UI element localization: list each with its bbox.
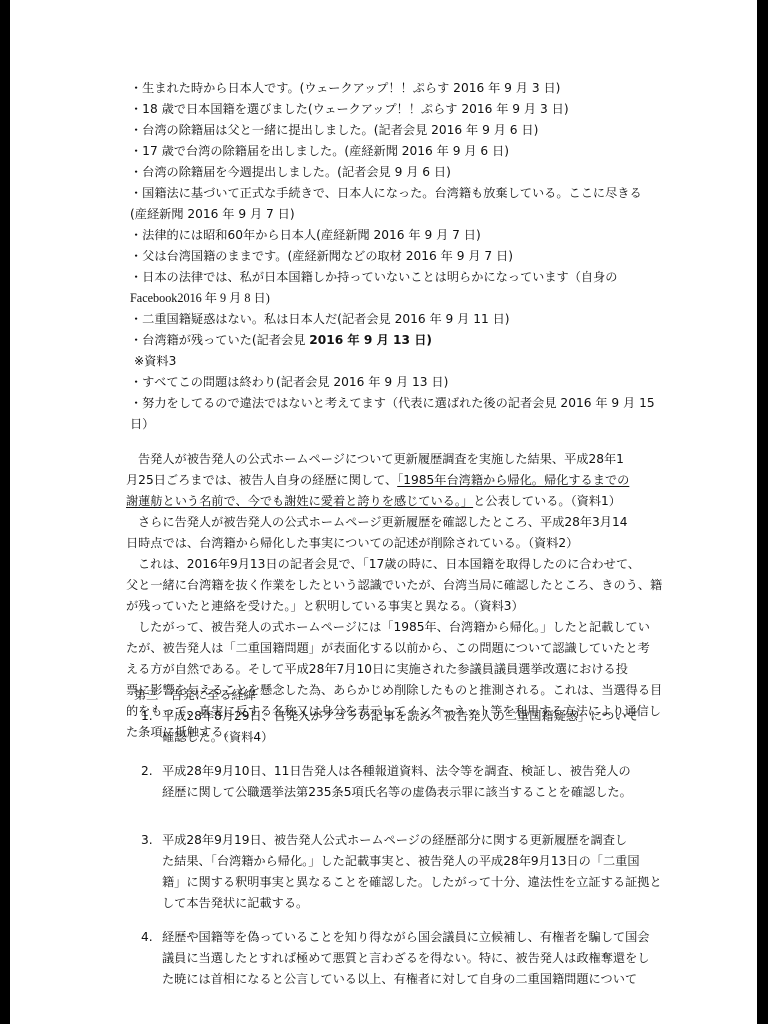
paragraph-text: と公表している。（資料1） xyxy=(473,494,621,508)
statement-line: ・法律的には昭和60年から日本人(産経新聞 2016 年 9 月 7 日) xyxy=(130,226,481,244)
statement-line: ・生まれた時から日本人です。(ウェークアップ！！ぷらす 2016 年 9 月 3… xyxy=(130,79,560,97)
statement-line: ・父は台湾国籍のままです。(産経新聞などの取材 2016 年 9 月 7 日) xyxy=(130,247,513,265)
paragraph-line: える方が自然である。そして平成28年7月10日に実施された参議員議員選挙改選にお… xyxy=(126,660,628,678)
paragraph-line: 日時点では、台湾籍から帰化した事実についての記述が削除されている。（資料2） xyxy=(126,534,578,552)
item-number: 2. xyxy=(141,762,153,780)
paragraph-line: 告発人が被告発人の公式ホームページについて更新履歴調査を実施した結果、平成28年… xyxy=(138,450,624,468)
document-page: ・生まれた時から日本人です。(ウェークアップ！！ぷらす 2016 年 9 月 3… xyxy=(10,0,757,1024)
statement-line: ・努力をしてるので違法ではないと考えてます（代表に選ばれた後の記者会見 2016… xyxy=(130,394,655,412)
item-line: 経歴や国籍等を偽っていることを知り得ながら国会議員に立候補し、有権者を騙して国会 xyxy=(162,928,650,946)
section-heading: 第三 告発に至る経緯 xyxy=(134,686,256,704)
statement-line: (産経新聞 2016 年 9 月 7 日) xyxy=(130,205,295,223)
paragraph-line: したがって、被告発人の式ホームページには「1985年、台湾籍から帰化。」したと記… xyxy=(138,618,650,636)
statement-line: ・台湾籍が残っていた(記者会見 2016 年 9 月 13 日) xyxy=(130,331,432,349)
document-body: ・生まれた時から日本人です。(ウェークアップ！！ぷらす 2016 年 9 月 3… xyxy=(10,0,757,1024)
paragraph-text: 月25日ごろまでは、被告人自身の経歴に関して、 xyxy=(126,473,397,487)
item-number: 1. xyxy=(141,707,153,725)
item-line: 経歴に関して公職選挙法第235条5項氏名等の虚偽表示罪に該当することを確認した。 xyxy=(162,783,632,801)
item-line: 確認した。（資料4） xyxy=(162,728,273,746)
quoted-profile-text: 謝蓮舫という名前で、今でも謝姓に愛着と誇りを感じている。」 xyxy=(126,494,473,508)
statement-line: ・二重国籍疑惑はない。私は日本人だ(記者会見 2016 年 9 月 11 日) xyxy=(130,310,510,328)
paragraph-line: さらに告発人が被告発人の公式ホームページ更新履歴を確認したところ、平成28年3月… xyxy=(138,513,627,531)
paragraph-line: これは、2016年9月13日の記者会見で、「17歳の時に、日本国籍を取得したのに… xyxy=(138,555,640,573)
reference-note: ※資料3 xyxy=(134,352,176,370)
item-line: 平成28年8月29日、告発人がアゴラの記事を読み「被告発人の二重国籍疑惑」につい… xyxy=(162,707,639,725)
paragraph-line: 月25日ごろまでは、被告人自身の経歴に関して、「1985年台湾籍から帰化。帰化す… xyxy=(126,471,629,489)
paragraph-line: 父と一緒に台湾籍を抜く作業をしたという認識でいたが、台湾当局に確認したところ、き… xyxy=(126,576,662,594)
item-line: 平成28年9月10日、11日告発人は各種報道資料、法令等を調査、検証し、被告発人… xyxy=(162,762,631,780)
statement-line: Facebook2016 年 9 月 8 日) xyxy=(130,289,270,307)
statement-line: ・すべてこの問題は終わり(記者会見 2016 年 9 月 13 日) xyxy=(130,373,448,391)
statement-line: ・18 歳で日本国籍を選びました(ウェークアップ！！ぷらす 2016 年 9 月… xyxy=(130,100,569,118)
quoted-profile-text: 「1985年台湾籍から帰化。帰化するまでの xyxy=(397,473,629,487)
statement-line: ・台湾の除籍届を今週提出しました。(記者会見 9 月 6 日) xyxy=(130,163,451,181)
statement-line: 日） xyxy=(130,415,154,433)
item-line: して本告発状に記載する。 xyxy=(162,894,308,912)
paragraph-line: たが、被告発人は「二重国籍問題」が表面化する以前から、この問題について認識してい… xyxy=(126,639,650,657)
statement-line: ・17 歳で台湾の除籍届を出しました。(産経新聞 2016 年 9 月 6 日) xyxy=(130,142,509,160)
item-line: た暁には首相になると公言している以上、有権者に対して自身の二重国籍問題について xyxy=(162,970,637,988)
statement-date-bold: 2016 年 9 月 13 日) xyxy=(309,333,432,347)
item-line: 議員に当選したとすれば極めて悪質と言わざるを得ない。特に、被告発人は政権奪還をし xyxy=(162,949,650,967)
item-line: た結果、「台湾籍から帰化。」した記載事実と、被告発人の平成28年9月13日の「二… xyxy=(162,852,640,870)
statement-line: ・台湾の除籍届は父と一緒に提出しました。(記者会見 2016 年 9 月 6 日… xyxy=(130,121,538,139)
paragraph-line: が残っていたと連絡を受けた。」と釈明している事実と異なる。（資料3） xyxy=(126,597,524,615)
item-number: 3. xyxy=(141,831,153,849)
statement-text: ・台湾籍が残っていた(記者会見 xyxy=(130,333,309,347)
paragraph-line: 謝蓮舫という名前で、今でも謝姓に愛着と誇りを感じている。」と公表している。（資料… xyxy=(126,492,621,510)
item-number: 4. xyxy=(141,928,153,946)
item-line: 平成28年9月19日、被告発人公式ホームページの経歴部分に関する更新履歴を調査し xyxy=(162,831,627,849)
statement-line: ・国籍法に基づいて正式な手続きで、日本人になった。台湾籍も放棄している。ここに尽… xyxy=(130,184,642,202)
statement-line: ・日本の法律では、私が日本国籍しか持っていないことは明らかになっています（自身の xyxy=(130,268,618,286)
item-line: 籍」に関する釈明事実と異なることを確認した。したがって十分、違法性を立証する証拠… xyxy=(162,873,662,891)
